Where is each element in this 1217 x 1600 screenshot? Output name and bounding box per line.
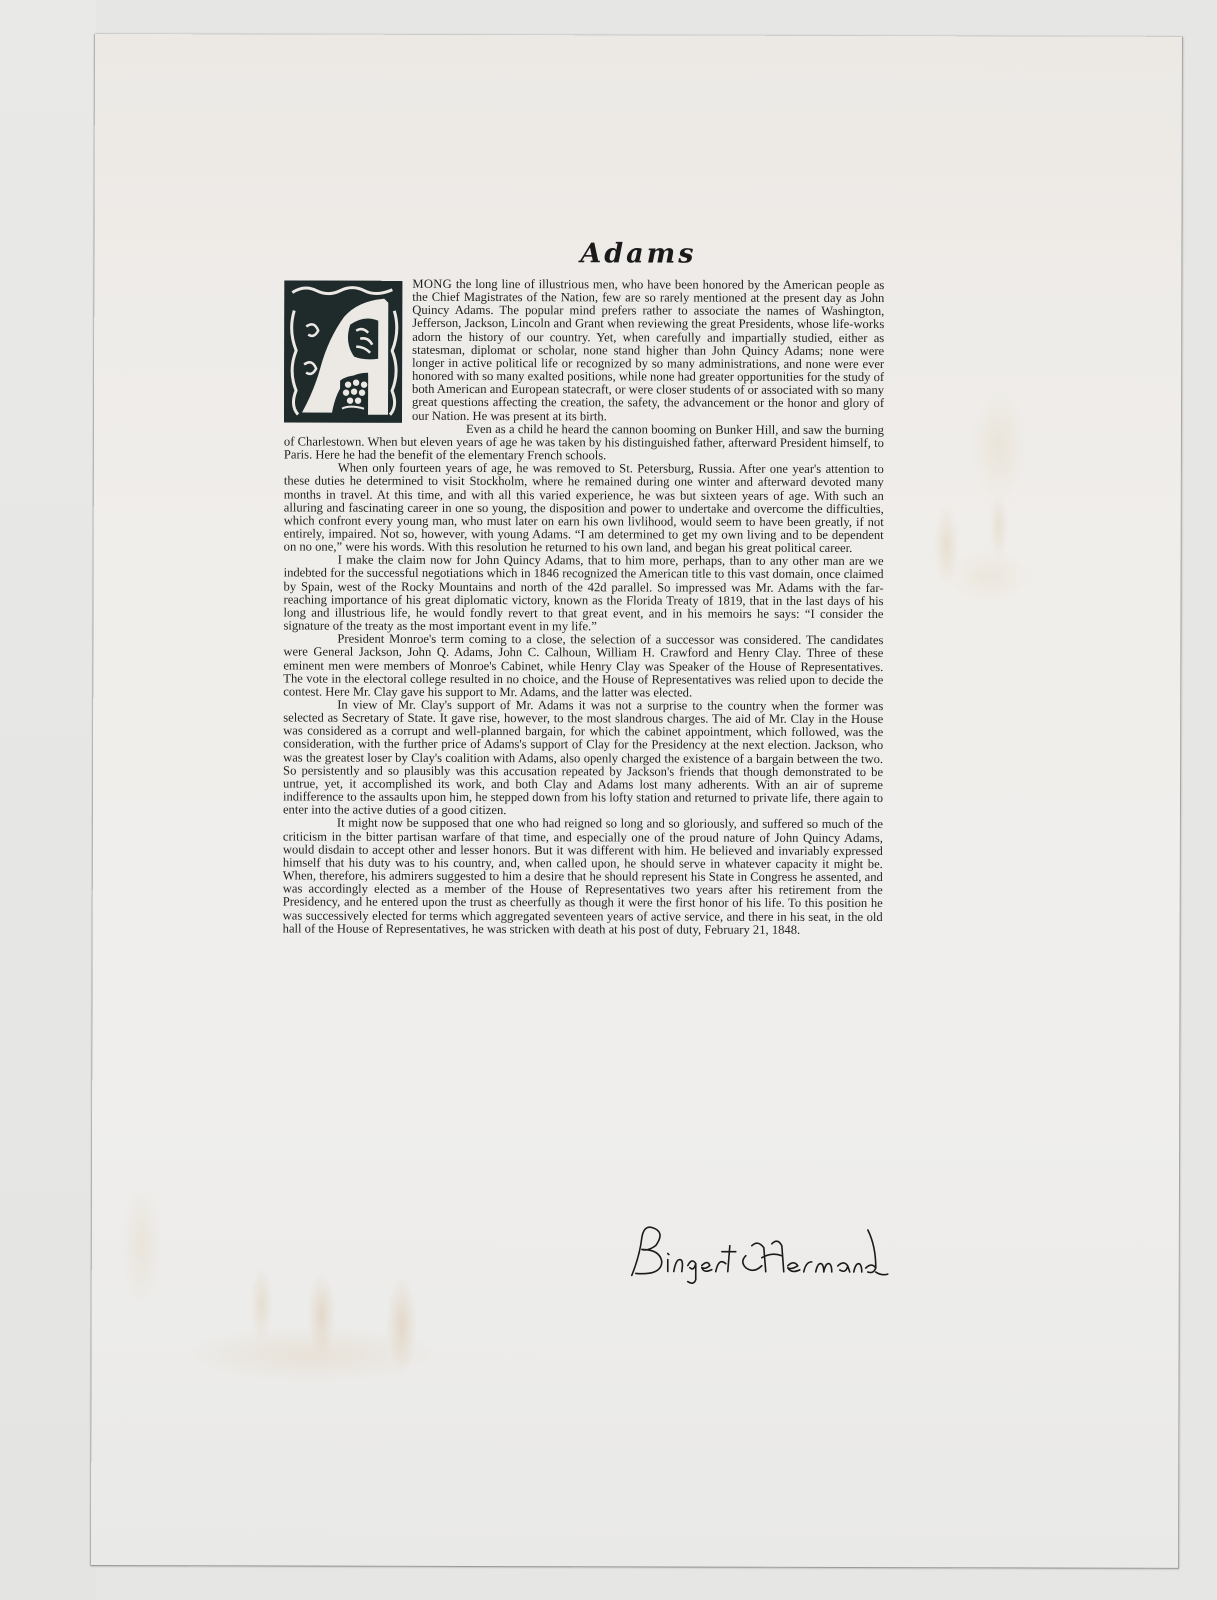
signature: Binger Hermann bbox=[622, 1215, 892, 1286]
faded-illustration-bottom-left bbox=[101, 1154, 522, 1455]
paragraph-5: President Monroe's term coming to a clos… bbox=[283, 633, 883, 700]
paper-sheet: Adams bbox=[91, 34, 1183, 1569]
page-title: Adams bbox=[94, 237, 1182, 271]
paragraph-7: It might now be supposed that one who ha… bbox=[283, 817, 883, 937]
sheet-bottom-edge bbox=[91, 1565, 1179, 1569]
photo-backdrop bbox=[0, 0, 96, 1600]
first-word-rest: MONG bbox=[412, 277, 452, 291]
paragraph-2: Even as a child he heard the cannon boom… bbox=[284, 422, 884, 463]
paragraph-3: When only fourteen years of age, he was … bbox=[284, 462, 884, 556]
paragraph-1-text: the long line of illustrious men, who ha… bbox=[412, 277, 884, 423]
article-body: MONG the long line of illustrious men, w… bbox=[283, 277, 885, 936]
paragraph-4: I make the claim now for John Quincy Ada… bbox=[283, 554, 883, 635]
handwritten-signature-icon bbox=[622, 1215, 892, 1286]
faded-illustration-right bbox=[888, 376, 1079, 636]
paragraph-6: In view of Mr. Clay's support of Mr. Ada… bbox=[283, 698, 883, 818]
ornamental-drop-cap-a-icon bbox=[284, 280, 402, 422]
